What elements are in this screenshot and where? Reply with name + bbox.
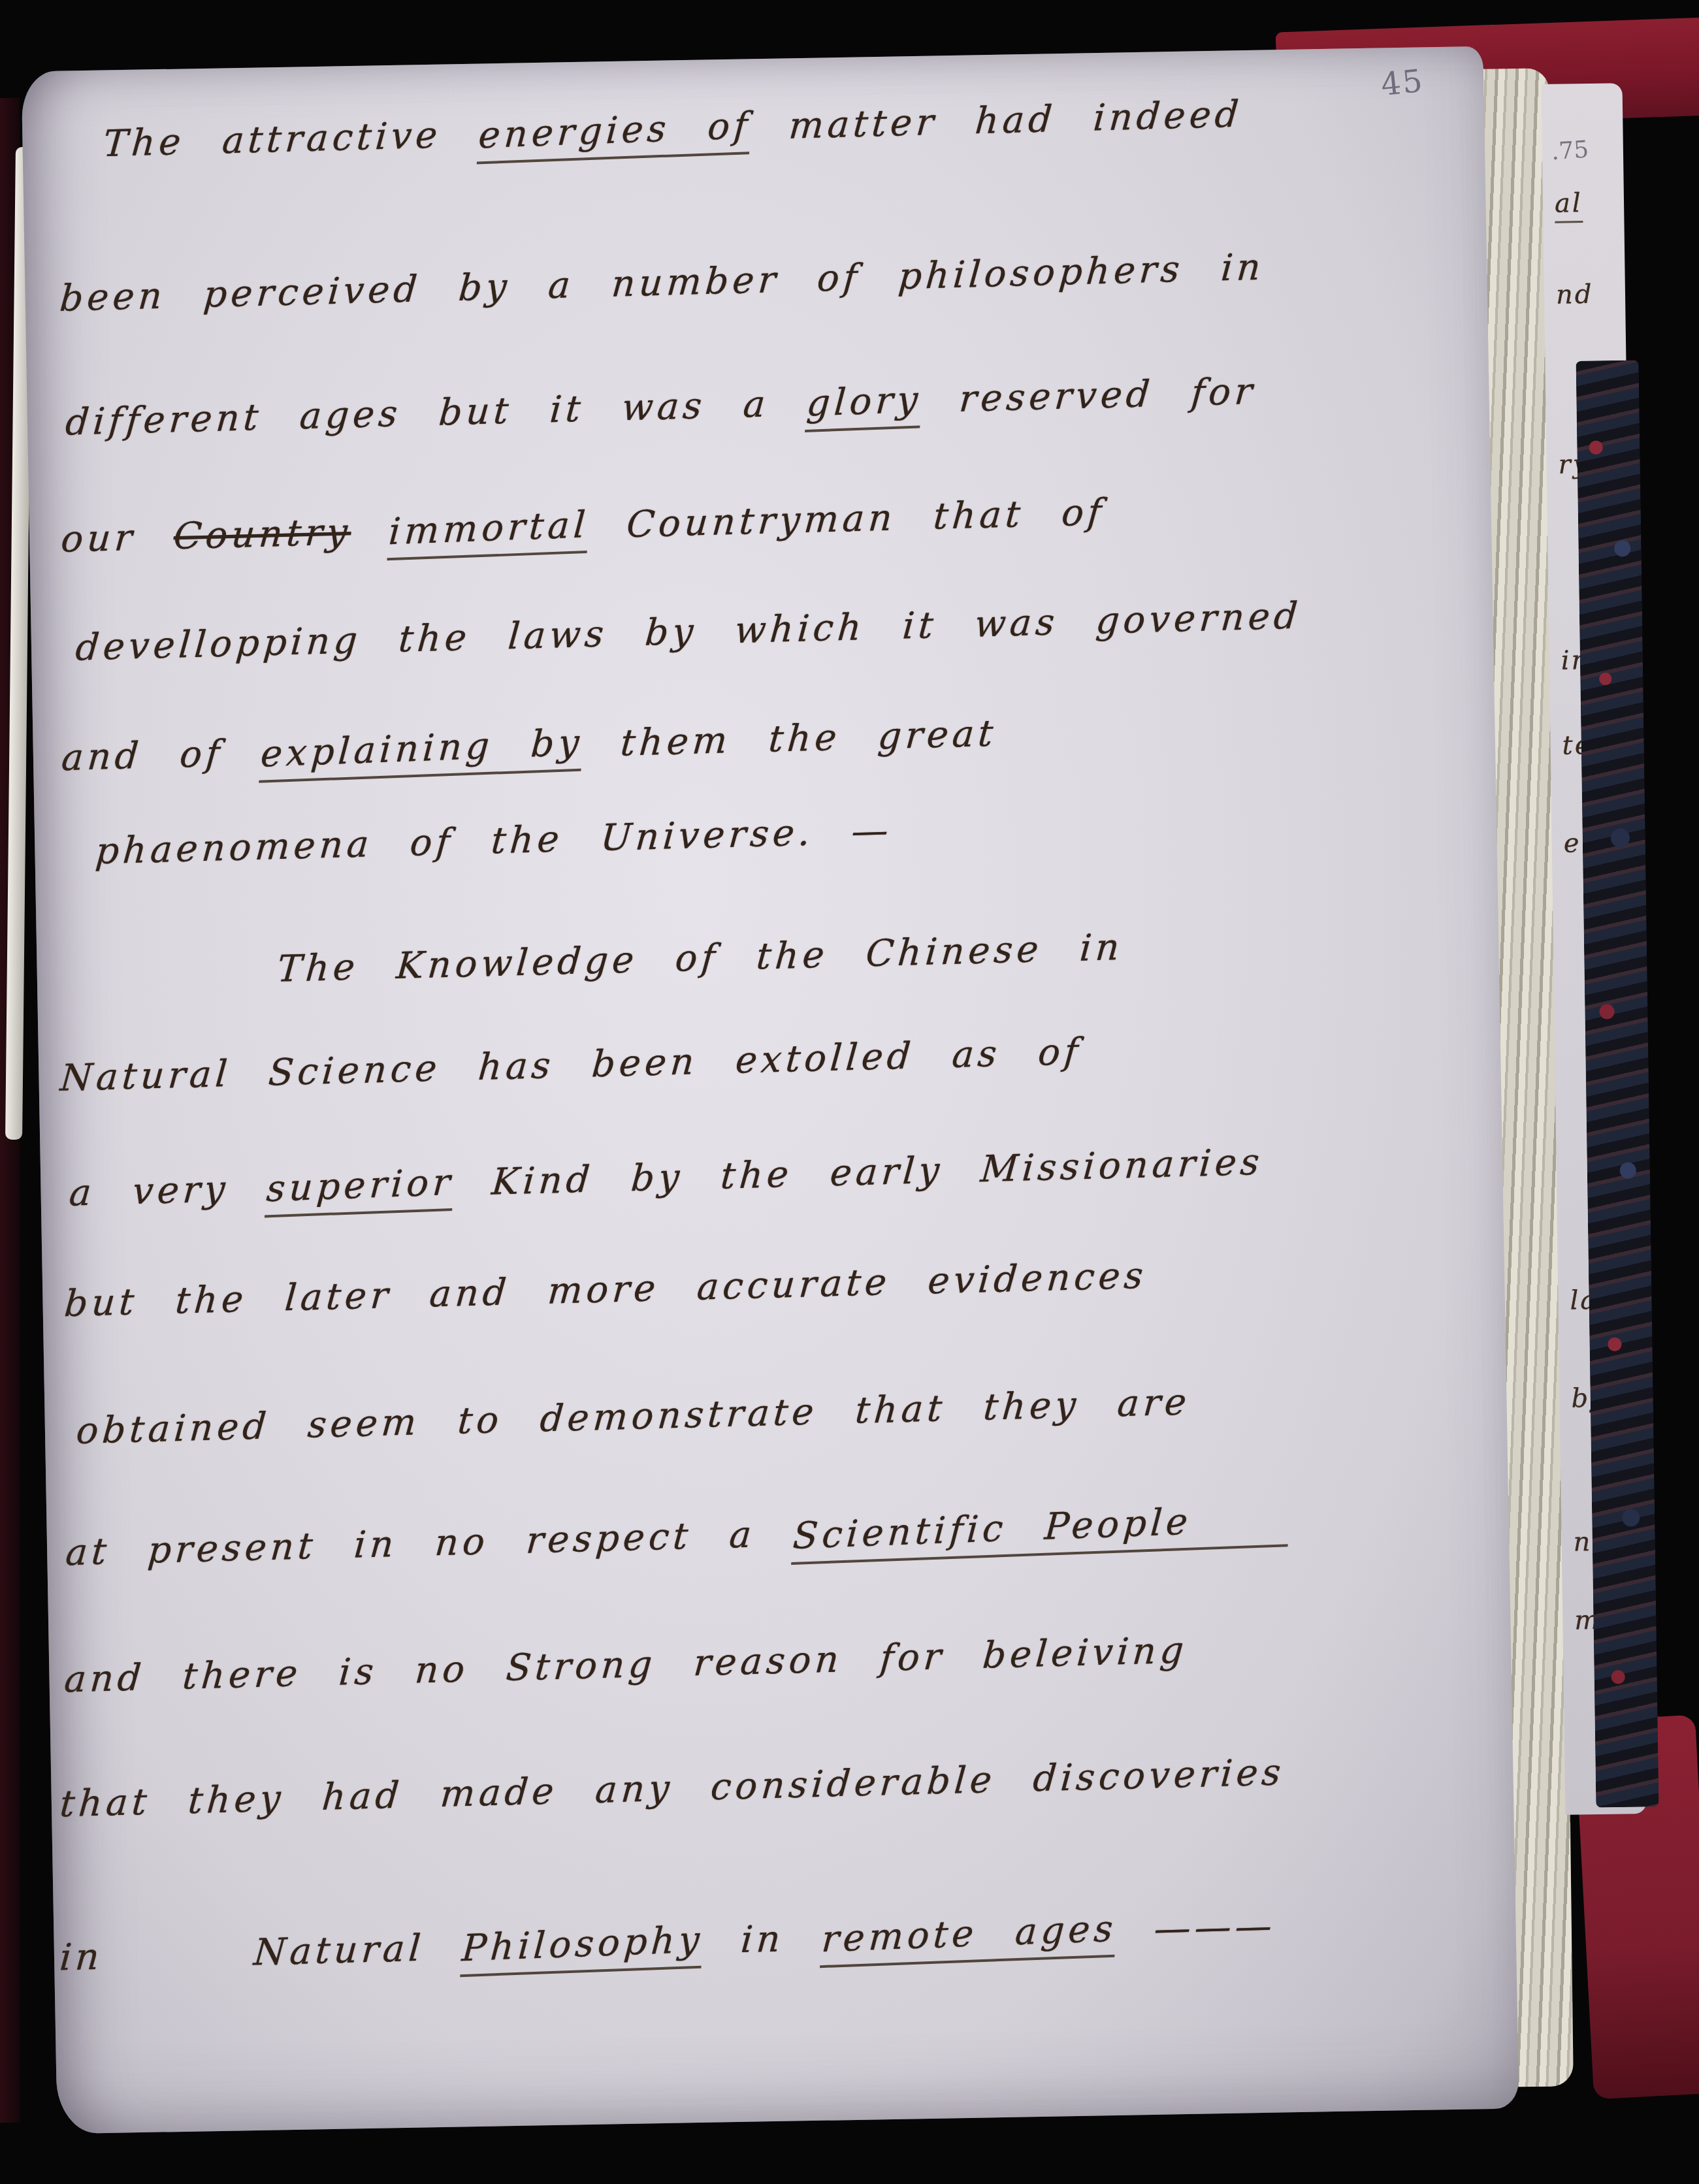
text-segment: them the great: [581, 713, 998, 766]
underlined-text: immortal: [387, 504, 591, 560]
manuscript-line: in Natural Philosophy in remote ages ———: [57, 1904, 1277, 1986]
text-segment: a very: [68, 1167, 268, 1215]
text-segment: Countryman that of: [587, 491, 1107, 547]
text-segment: phaenomena of the Universe. —: [94, 809, 894, 873]
text-segment: at present in no respect a: [64, 1513, 794, 1574]
manuscript-line: obtained seem to demonstrate that they a…: [74, 1381, 1191, 1453]
text-segment: our: [59, 515, 175, 561]
underlined-text: glory: [805, 378, 923, 432]
text-segment: and of: [60, 731, 263, 779]
underlined-text: superior: [265, 1161, 455, 1218]
text-segment: obtained seem to demonstrate that they a…: [74, 1381, 1191, 1453]
text-segment: been perceived by a number of philosophe…: [58, 246, 1266, 319]
manuscript-line: phaenomena of the Universe. —: [94, 809, 894, 873]
text-segment: The attractive: [102, 113, 481, 165]
edge-text-fragment: e: [1563, 828, 1581, 858]
text-segment: devellopping the laws by which it was go…: [74, 594, 1303, 669]
text-segment: matter had indeed: [749, 93, 1244, 148]
text-segment: in: [702, 1917, 824, 1963]
manuscript-line: a very superior Kind by the early Missio…: [67, 1141, 1265, 1222]
text-segment: that they had made any considerable disc…: [58, 1751, 1286, 1825]
underlined-text: remote ages: [820, 1908, 1118, 1968]
manuscript-line: at present in no respect a Scientific Pe…: [63, 1500, 1291, 1581]
edge-text-fragment: nd: [1556, 280, 1594, 310]
underlined-text: explaining by: [259, 722, 585, 783]
manuscript-line: and of explaining by them the great: [59, 713, 998, 787]
manuscript-page: 45 The attractive energies of matter had…: [22, 46, 1519, 2134]
edge-text-fragment: n: [1573, 1527, 1592, 1557]
text-segment: [349, 510, 391, 554]
text-segment: in Natural: [58, 1926, 464, 1979]
manuscript-line: The attractive energies of matter had in…: [101, 93, 1244, 172]
struck-out-text: Country: [172, 511, 353, 558]
text-segment: different ages but it was a: [64, 382, 809, 444]
manuscript-text: The attractive energies of matter had in…: [22, 46, 1519, 2134]
underlined-text: Philosophy: [460, 1919, 705, 1978]
underlined-text: energies of: [477, 104, 752, 164]
text-segment: The Knowledge of the Chinese in: [276, 926, 1125, 991]
text-segment: but the later and more accurate evidence…: [63, 1255, 1148, 1326]
manuscript-line: and there is no Strong reason for beleiv…: [63, 1629, 1189, 1701]
text-segment: ———: [1115, 1904, 1278, 1951]
manuscript-line: different ages but it was a glory reserv…: [63, 370, 1257, 451]
manuscript-line: been perceived by a number of philosophe…: [58, 246, 1266, 319]
text-segment: reserved for: [920, 370, 1257, 422]
text-segment: Natural Science has been extolled as of: [59, 1031, 1083, 1100]
text-segment: Kind by the early Missionaries: [453, 1141, 1265, 1205]
edge-text-fragment: al: [1555, 188, 1583, 223]
underlined-text: Scientific People: [791, 1497, 1291, 1565]
manuscript-line: that they had made any considerable disc…: [58, 1751, 1286, 1825]
manuscript-line: The Knowledge of the Chinese in: [276, 926, 1125, 991]
manuscript-line: devellopping the laws by which it was go…: [74, 594, 1303, 669]
manuscript-line: Natural Science has been extolled as of: [59, 1031, 1083, 1100]
text-segment: and there is no Strong reason for beleiv…: [63, 1629, 1189, 1701]
manuscript-line: but the later and more accurate evidence…: [63, 1255, 1148, 1326]
manuscript-line: our Country immortal Countryman that of: [59, 491, 1107, 568]
